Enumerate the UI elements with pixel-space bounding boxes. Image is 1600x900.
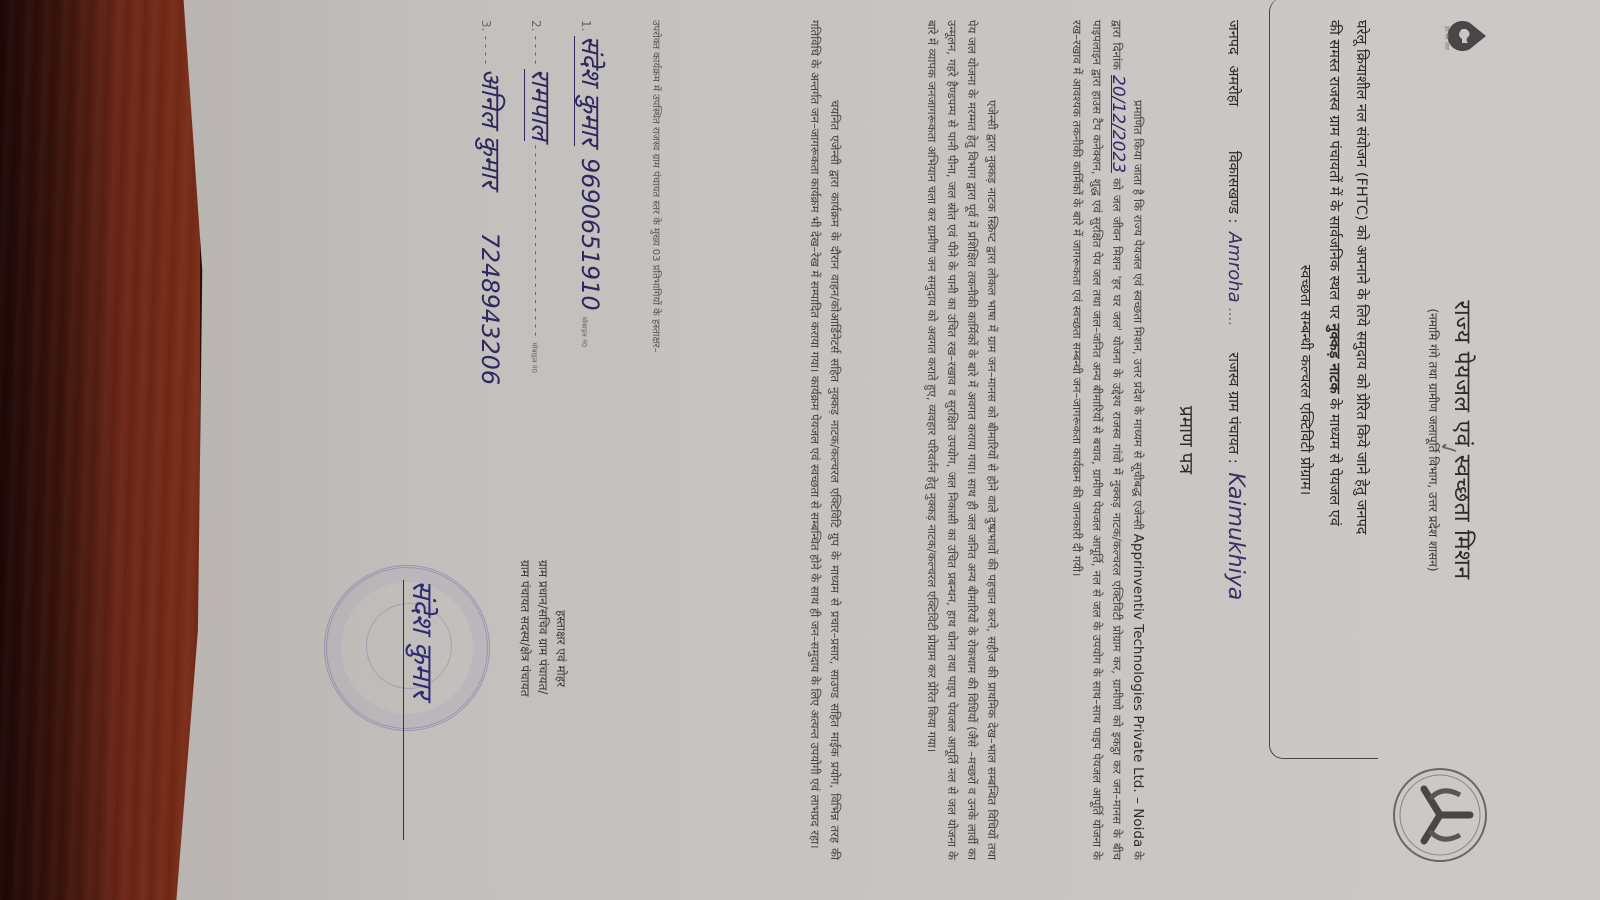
paragraph-3: चयनित एजेन्सी द्वारा कार्यक्रम के दौरान … (805, 20, 845, 860)
location-row: जनपद अमरोहा विकासखण्ड : Amroha .... राजस… (1223, 20, 1248, 840)
signature-block: हस्ताक्षर एवं मोहर ग्राम प्रधान/सचिव ग्र… (516, 560, 570, 850)
signature-label: हस्ताक्षर एवं मोहर (552, 560, 570, 850)
representatives-intro: उपरोक्त कार्यक्रम में उपस्थित राजस्व ग्र… (645, 20, 665, 720)
water-drop-logo-icon (1446, 15, 1488, 57)
title-line-3: स्वच्छता सम्बन्धी कल्चरल एक्टिविटी प्रोग… (1296, 20, 1316, 740)
handwritten-signature: संदेश कुमार (403, 580, 442, 840)
district-label: जनपद (1225, 20, 1241, 55)
paragraph-1: प्रमाणित किया जाता है कि राज्य पेयजल एवं… (1067, 20, 1148, 860)
representative-row: 3. - - - - अनिल कुमार 7248943206 (474, 20, 510, 660)
mobile-label: मोबाइल नं0 (580, 317, 588, 348)
logo-caption: हर घर जल (1442, 8, 1450, 68)
district-value: अमरोहा (1225, 65, 1241, 106)
block-value: Amroha (1224, 232, 1245, 303)
row-number: 2. (529, 20, 543, 31)
representative-name: अनिल कुमार (475, 69, 505, 189)
title-line-2-b: के माध्यम से पेयजल एवं (1326, 394, 1342, 526)
title-line-1: घरेलू क्रियाशील नल संयोजन (FHTC) को अपना… (1352, 20, 1372, 750)
representative-name: रामपाल (524, 69, 555, 141)
representative-mobile: 9690651910 (576, 158, 604, 311)
title-line-2: की समस्त राजस्व ग्राम पंचायतों में के सा… (1325, 20, 1345, 750)
block-label: विकासखण्ड : (1225, 151, 1241, 224)
header-subtitle: (नमामि गंगे तथा ग्रामीण जलापूर्ति विभाग,… (1425, 150, 1442, 730)
panchayat-value: Kaimukhiya (1223, 472, 1248, 600)
representative-row: 1. संदेश कुमार 9690651910 मोबाइल नं0 (574, 20, 610, 660)
program-date: 20/12/2023 (1108, 75, 1128, 173)
paragraph-1-intro: प्रमाणित किया जाता है कि राज्य पेयजल एवं… (1131, 100, 1145, 530)
title-line-2-bold: नुक्कड़ नाटक (1326, 323, 1342, 393)
mobile-label: मोबाइल नं0 (530, 342, 538, 373)
signatory-role-1: ग्राम प्रधान/सचिव ग्राम पंचायत/ (534, 560, 552, 850)
state-emblem-icon (1390, 765, 1490, 865)
paragraph-2: एजेन्सी द्वारा नुक्कड़ नाटक स्क्रिप्ट द्… (922, 20, 1002, 860)
certificate-title: प्रमाण पत्र (1174, 0, 1200, 880)
agency-name: Apprinventiv Technologies Private Ltd. –… (1130, 534, 1146, 848)
panchayat-label: राजस्व ग्राम पंचायत : (1225, 352, 1241, 463)
title-line-2-a: की समस्त राजस्व ग्राम पंचायतों में के सा… (1326, 20, 1342, 323)
signatory-role-2: ग्राम पंचायत सदस्य/क्षेत्र पंचायत (516, 560, 534, 850)
row-number: 1. (579, 20, 593, 31)
certificate-document: हर घर जल राज्य पेयजल एवं स्वच्छता मिशन (… (160, 0, 1600, 880)
representative-mobile: 7248943206 (476, 232, 504, 385)
representative-name: संदेश कुमार (574, 36, 605, 146)
row-number: 3. (479, 20, 493, 31)
